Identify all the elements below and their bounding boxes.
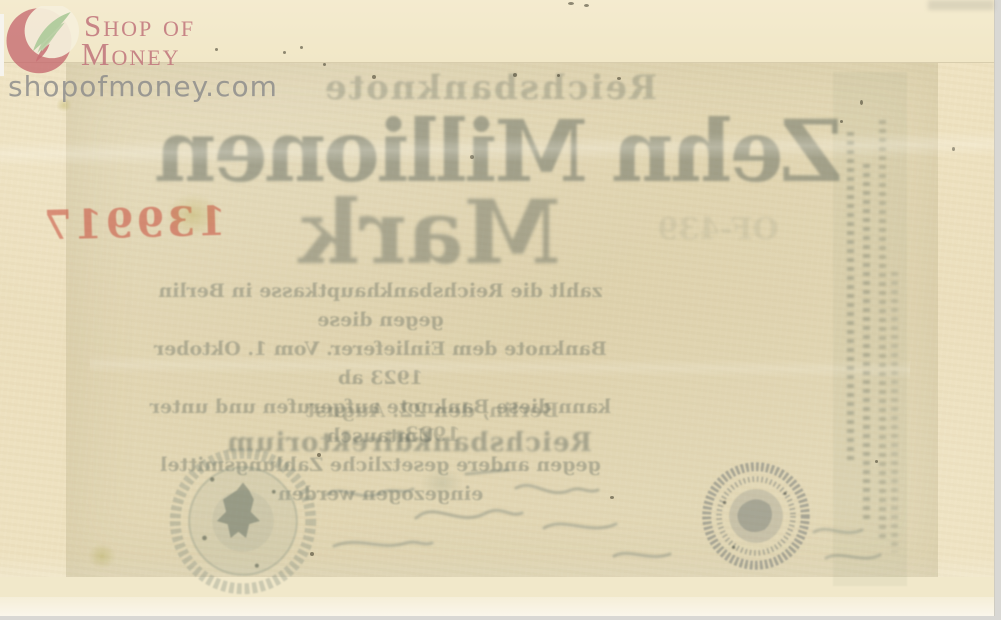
- denomination-bleed-line2: Mark: [240, 180, 620, 284]
- left-eagle-seal-stamp: [166, 444, 320, 598]
- bleed-text-column: [863, 164, 870, 524]
- brand-name-line2: Money: [81, 38, 195, 70]
- brand-leaf-icon: [4, 6, 80, 74]
- right-seal-stamp: [700, 460, 812, 572]
- issuer-bleed: Reichsbankdirektorium: [272, 428, 592, 458]
- series-number-text: OF-439: [657, 212, 778, 247]
- serial-number-text: 139917: [40, 198, 226, 250]
- denomination-text-2: Mark: [299, 180, 561, 284]
- brand-name: Shop of Money: [84, 10, 195, 70]
- banknote-product-photo: Reichsbanknote Zehn Millionen Mark 13991…: [0, 0, 1001, 620]
- watermark-logo: Shop of Money shopofmoney.com: [0, 0, 260, 115]
- bleed-text-column: [891, 272, 898, 552]
- signatures-bleed: [316, 460, 716, 572]
- paper-bottom-edge: [0, 597, 994, 616]
- series-number-bleed: OF-439: [648, 212, 788, 247]
- bleed-text-column: [879, 120, 886, 540]
- paper-speck: [952, 147, 955, 151]
- brand-website: shopofmoney.com: [8, 70, 278, 103]
- corner-smudge: [928, 0, 994, 10]
- body-line: zahlt die Reichsbankhauptkasse in Berlin…: [148, 277, 613, 335]
- signature-bleed-extra: [806, 512, 906, 576]
- serial-number-stamp-bleed: 139917: [55, 198, 226, 249]
- body-line: Banknote dem Einlieferer. Vom 1. Oktober…: [148, 335, 613, 393]
